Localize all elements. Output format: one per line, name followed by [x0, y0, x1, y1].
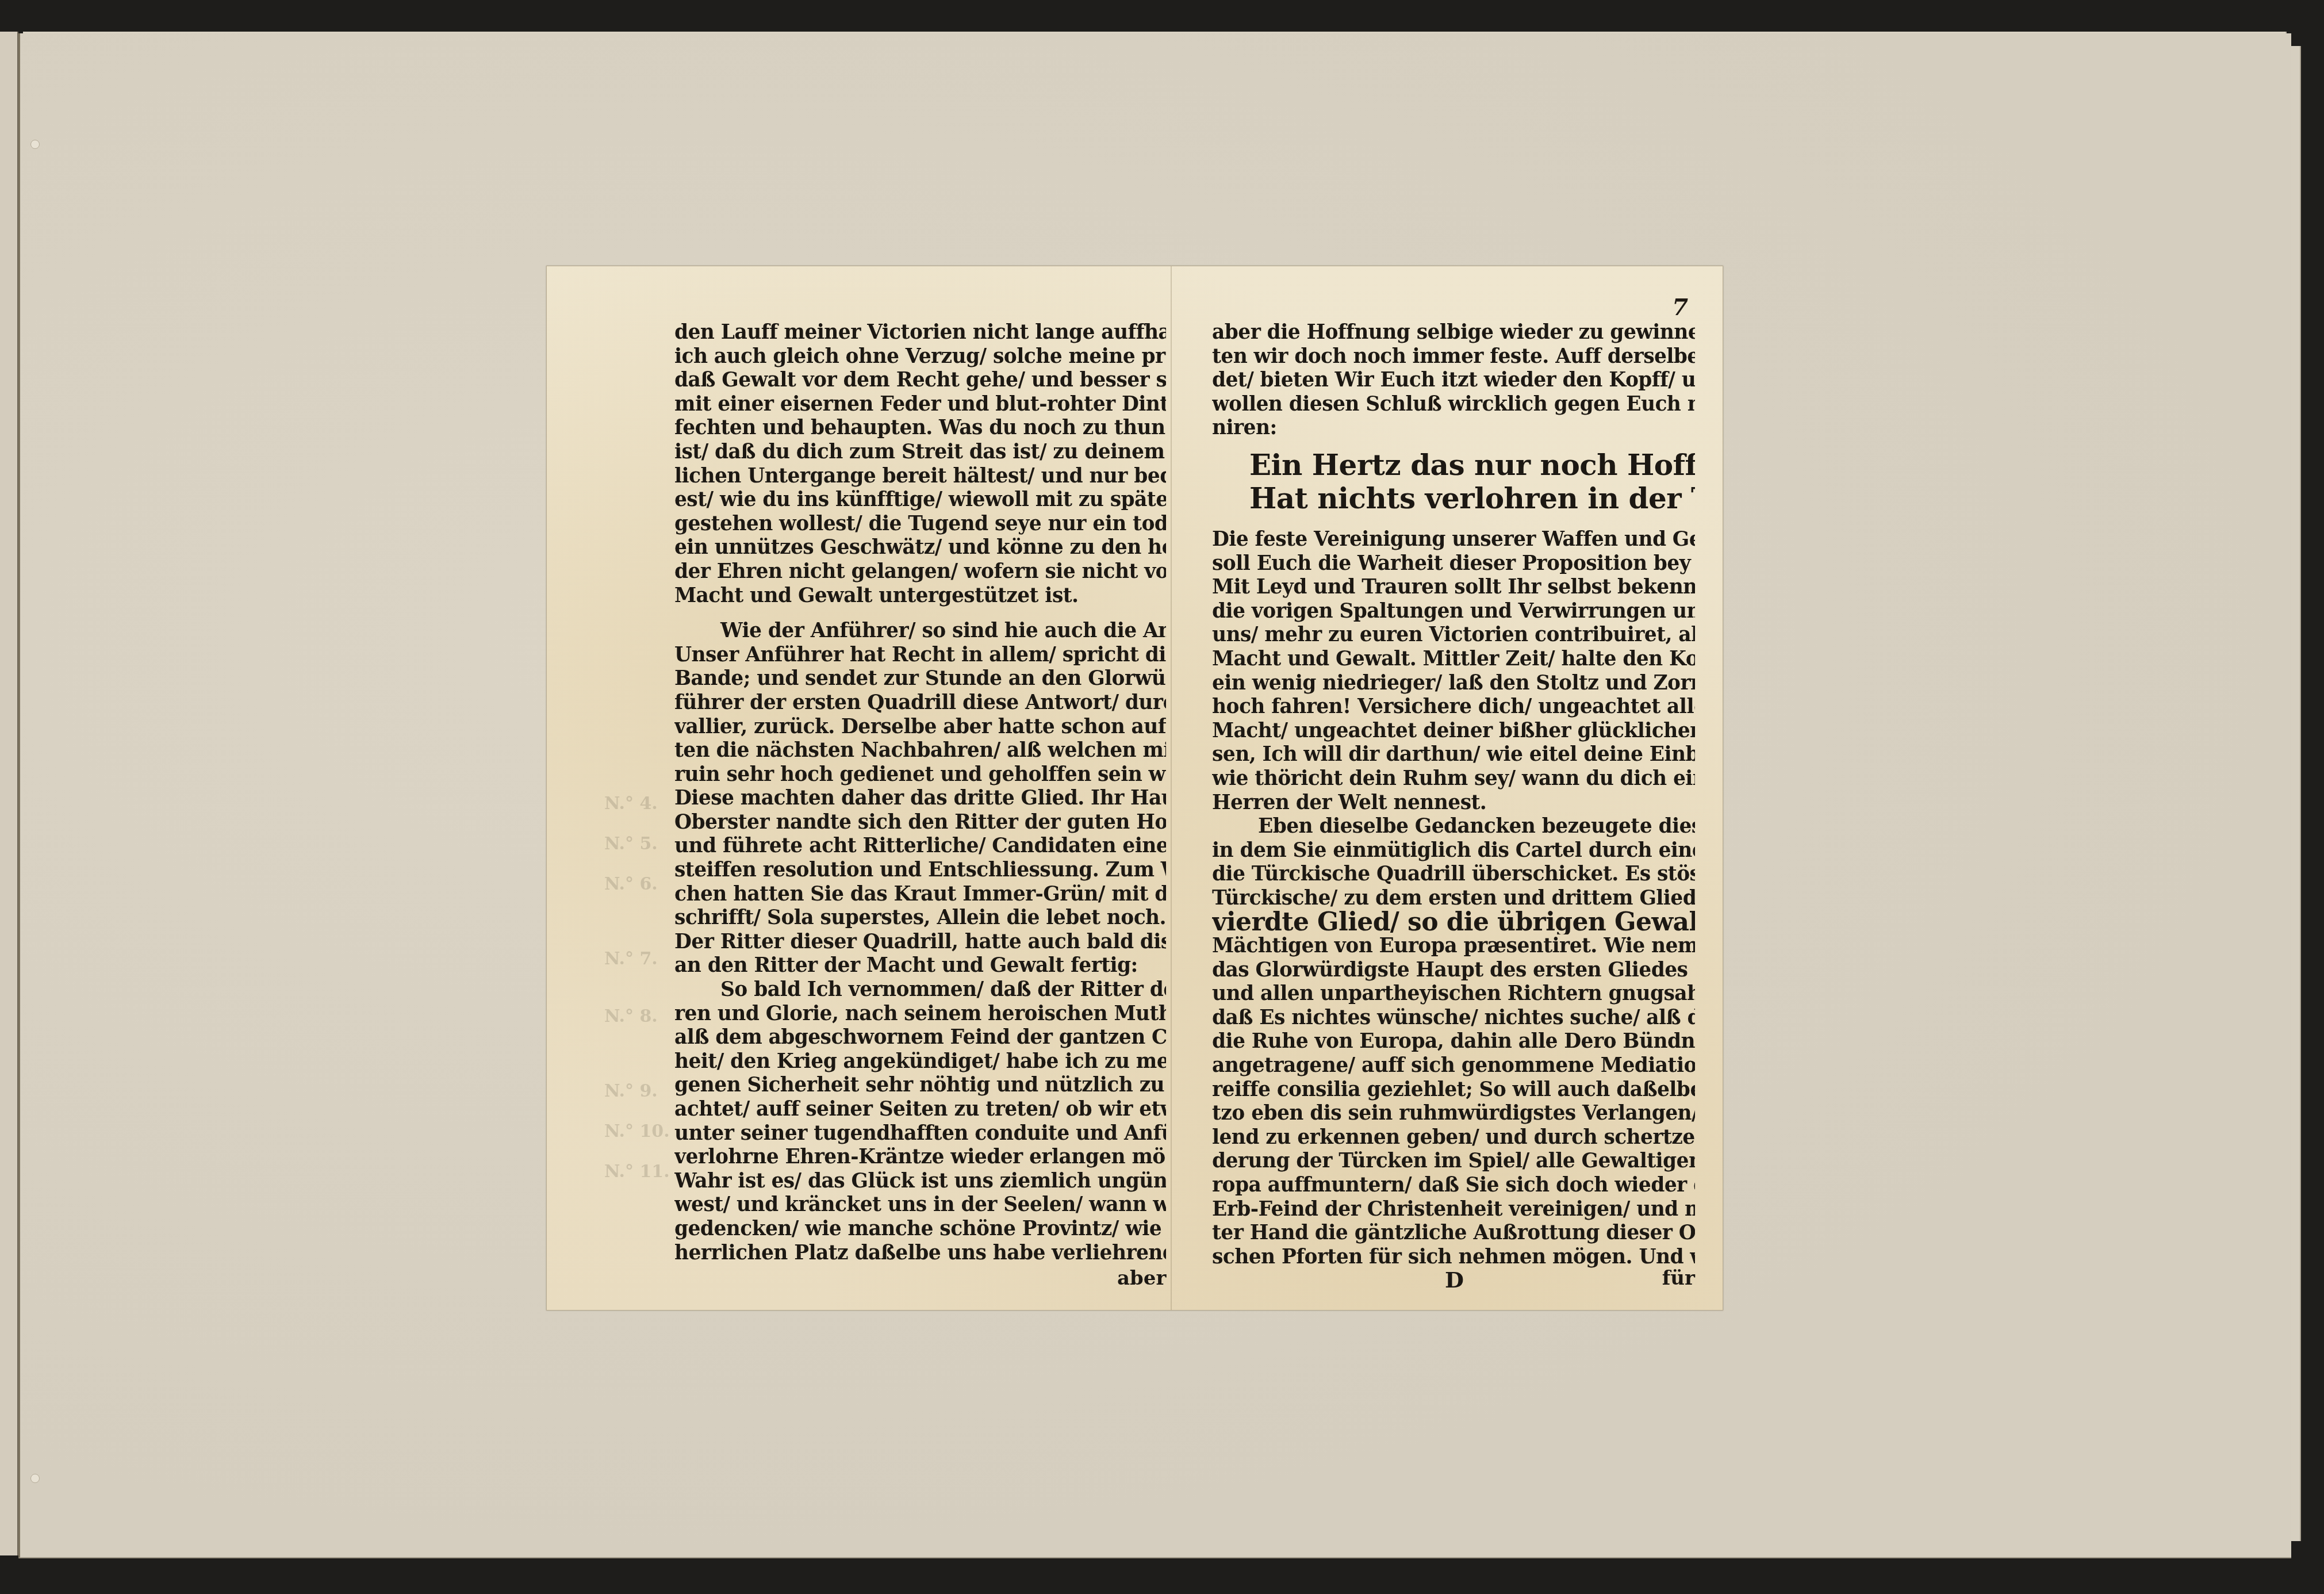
- text-line: an den Ritter der Macht und Gewalt ferti…: [674, 954, 1166, 978]
- text-line: ropa auffmuntern/ daß Sie sich doch wied…: [1212, 1174, 1695, 1198]
- text-line: daß Es nichtes wünsche/ nichtes suche/ a…: [1212, 1006, 1695, 1030]
- text-line: Die feste Vereinigung unserer Waffen und…: [1212, 528, 1695, 552]
- right-column: aber die Hoffnung selbige wieder zu gewi…: [1212, 321, 1695, 1269]
- text-line: gestehen wollest/ die Tugend seye nur ei…: [674, 512, 1166, 537]
- text-line: derung der Türcken im Spiel/ alle Gewalt…: [1212, 1149, 1695, 1174]
- text-line: ter Hand die gäntzliche Außrottung diese…: [1212, 1221, 1695, 1246]
- text-line: steiffen resolution und Entschliessung. …: [674, 859, 1166, 883]
- text-line: die Türckische Quadrill überschicket. Es…: [1212, 863, 1695, 887]
- show-through-marks: N.° 4. N.° 5. N.° 6. N.° 7. N.° 8. N.° 9…: [604, 784, 670, 1192]
- paragraph: Eben dieselbe Gedancken bezeugete diese …: [1212, 815, 1695, 1269]
- paragraph: aber die Hoffnung selbige wieder zu gewi…: [1212, 321, 1695, 440]
- text-line: und allen unpartheyischen Richtern gnugs…: [1212, 982, 1695, 1006]
- motto-verse: Ein Hertz das nur noch Hoffnung hat/ Hat…: [1212, 449, 1695, 515]
- printed-sheet: N.° 4. N.° 5. N.° 6. N.° 7. N.° 8. N.° 9…: [546, 266, 1723, 1311]
- text-line: hoch fahren! Versichere dich/ ungeachtet…: [1212, 695, 1695, 719]
- left-column: den Lauff meiner Victorien nicht lange a…: [674, 321, 1166, 1265]
- signature-mark: D: [1445, 1267, 1464, 1293]
- text-line: tzo eben dis sein ruhmwürdigstes Verlang…: [1212, 1102, 1695, 1126]
- text-line: soll Euch die Warheit dieser Proposition…: [1212, 552, 1695, 576]
- text-line: ruin sehr hoch gedienet und geholffen se…: [674, 763, 1166, 787]
- text-line: ten wir doch noch immer feste. Auff ders…: [1212, 345, 1695, 369]
- paragraph: Wie der Anführer/ so sind hie auch die A…: [674, 619, 1166, 978]
- text-line: Bande; und sendet zur Stunde an den Glor…: [674, 667, 1166, 691]
- text-line: ten die nächsten Nachbahren/ alß welchen…: [674, 739, 1166, 763]
- text-line: verlohrne Ehren-Kräntze wieder erlangen …: [674, 1145, 1166, 1170]
- text-line: schen Pforten für sich nehmen mögen. Und…: [1212, 1246, 1695, 1270]
- text-line: schrifft/ Sola superstes, Allein die leb…: [674, 906, 1166, 930]
- text-line: ich auch gleich ohne Verzug/ solche mein…: [674, 345, 1166, 369]
- text-line: Macht und Gewalt untergestützet ist.: [674, 584, 1166, 608]
- text-line: Herren der Welt nennest.: [1212, 791, 1695, 815]
- text-line: Wahr ist es/ das Glück ist uns ziemlich …: [674, 1170, 1166, 1194]
- text-line: reiffe consilia geziehlet; So will auch …: [1212, 1078, 1695, 1102]
- left-page-edge: [0, 32, 18, 1555]
- binding-stitch-icon: [30, 140, 40, 149]
- text-line: das Glorwürdigste Haupt des ersten Glied…: [1212, 959, 1695, 983]
- text-line: angetragene/ auff sich genommene Mediati…: [1212, 1054, 1695, 1078]
- text-line: mit einer eisernen Feder und blut-rohter…: [674, 393, 1166, 417]
- text-line: lend zu erkennen geben/ und durch schert…: [1212, 1126, 1695, 1150]
- text-line: gedencken/ wie manche schöne Provintz/ w…: [674, 1217, 1166, 1242]
- text-line: Mit Leyd und Trauren sollt Ihr selbst be…: [1212, 576, 1695, 600]
- text-line: Oberster nandte sich den Ritter der gute…: [674, 811, 1166, 835]
- text-line: So bald Ich vernommen/ daß der Ritter de…: [674, 978, 1166, 1002]
- text-line: daß Gewalt vor dem Recht gehe/ und besse…: [674, 369, 1166, 393]
- page-footer: aber D für: [674, 1267, 1695, 1296]
- text-line: vallier, zurück. Derselbe aber hatte sch…: [674, 715, 1166, 739]
- text-line: führer der ersten Quadrill diese Antwort…: [674, 691, 1166, 715]
- text-line: unter seiner tugendhafften conduite und …: [674, 1122, 1166, 1146]
- text-line: ren und Glorie, nach seinem heroischen M…: [674, 1002, 1166, 1026]
- catchword-left: aber: [1117, 1267, 1166, 1290]
- text-line: aber die Hoffnung selbige wieder zu gewi…: [1212, 321, 1695, 345]
- text-line: wollen diesen Schluß wircklich gegen Euc…: [1212, 393, 1695, 417]
- text-line: Türckische/ zu dem ersten und drittem Gl…: [1212, 887, 1695, 911]
- text-line: det/ bieten Wir Euch itzt wieder den Kop…: [1212, 369, 1695, 393]
- text-line: die Ruhe von Europa, dahin alle Dero Bün…: [1212, 1030, 1695, 1054]
- paragraph: So bald Ich vernommen/ daß der Ritter de…: [674, 978, 1166, 1265]
- text-line: ein wenig niedrieger/ laß den Stoltz und…: [1212, 672, 1695, 696]
- page-number: 7: [1672, 294, 1688, 321]
- text-line: fechten und behaupten. Was du noch zu th…: [674, 416, 1166, 440]
- motto-line: Ein Hertz das nur noch Hoffnung hat/: [1249, 449, 1695, 482]
- text-line: heit/ den Krieg angekündiget/ habe ich z…: [674, 1050, 1166, 1074]
- text-line: achtet/ auff seiner Seiten zu treten/ ob…: [674, 1098, 1166, 1122]
- column-gutter: [1171, 266, 1172, 1310]
- text-line: Macht/ ungeachtet deiner bißher glücklic…: [1212, 719, 1695, 744]
- text-line: herrlichen Platz daßelbe uns habe verlie…: [674, 1242, 1166, 1266]
- text-line: die vorigen Spaltungen und Verwirrungen …: [1212, 600, 1695, 624]
- text-line: Mächtigen von Europa præsentiret. Wie ne…: [1212, 934, 1695, 959]
- text-line: Der Ritter dieser Quadrill, hatte auch b…: [674, 930, 1166, 955]
- text-line: Wie der Anführer/ so sind hie auch die A…: [674, 619, 1166, 643]
- text-line: chen hatten Sie das Kraut Immer-Grün/ mi…: [674, 883, 1166, 907]
- text-line: uns/ mehr zu euren Victorien contribuire…: [1212, 623, 1695, 647]
- text-line: in dem Sie einmütiglich dis Cartel durch…: [1212, 839, 1695, 863]
- binding-stitch-icon: [30, 1474, 40, 1483]
- text-line: den Lauff meiner Victorien nicht lange a…: [674, 321, 1166, 345]
- text-line: alß dem abgeschwornem Feind der gantzen …: [674, 1026, 1166, 1050]
- text-line: Eben dieselbe Gedancken bezeugete diese …: [1212, 815, 1695, 839]
- text-line: est/ wie du ins künfftige/ wiewoll mit z…: [674, 488, 1166, 512]
- text-line: und führete acht Ritterliche/ Candidaten…: [674, 834, 1166, 859]
- text-line: Diese machten daher das dritte Glied. Ih…: [674, 787, 1166, 811]
- text-line: lichen Untergange bereit hältest/ und nu…: [674, 465, 1166, 489]
- text-line: west/ und kräncket uns in der Seelen/ wa…: [674, 1193, 1166, 1217]
- text-line: sen, Ich will dir darthun/ wie eitel dei…: [1212, 743, 1695, 767]
- catchword-right: für: [1662, 1267, 1695, 1290]
- text-line: Erb-Feind der Christenheit vereinigen/ u…: [1212, 1198, 1695, 1222]
- text-line: wie thöricht dein Ruhm sey/ wann du dich…: [1212, 767, 1695, 791]
- text-line: Unser Anführer hat Recht in allem/ spric…: [674, 643, 1166, 668]
- text-line: ein unnützes Geschwätz/ und könne zu den…: [674, 536, 1166, 560]
- paragraph: den Lauff meiner Victorien nicht lange a…: [674, 321, 1166, 608]
- motto-line: Hat nichts verlohren in der That.: [1249, 482, 1695, 515]
- text-line: Macht und Gewalt. Mittler Zeit/ halte de…: [1212, 647, 1695, 672]
- text-line: niren:: [1212, 416, 1695, 440]
- text-line: genen Sicherheit sehr nöhtig und nützlic…: [674, 1074, 1166, 1098]
- text-line: der Ehren nicht gelangen/ wofern sie nic…: [674, 560, 1166, 584]
- text-line: ist/ daß du dich zum Streit das ist/ zu …: [674, 440, 1166, 465]
- paragraph: Die feste Vereinigung unserer Waffen und…: [1212, 528, 1695, 815]
- text-line: vierdte Glied/ so die übrigen Gewaltigen…: [1212, 910, 1695, 934]
